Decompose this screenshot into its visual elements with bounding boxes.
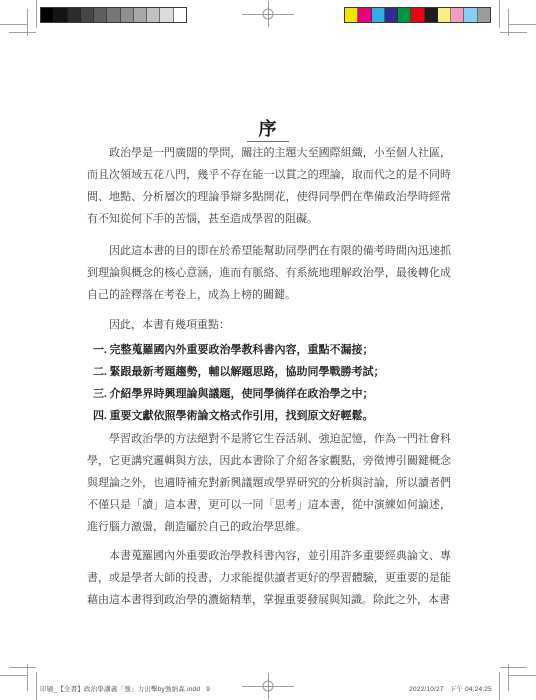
- crop-mark-line: [9, 32, 36, 33]
- key-point-item: 三. 介紹學界時興理論與議題，使同學徜徉在政治學之中；: [87, 383, 451, 405]
- key-points-intro: 因此，本書有幾項重點：: [87, 315, 451, 337]
- key-points-section: 因此，本書有幾項重點： 一. 完整蒐羅國內外重要政治學教科書內容，重點不漏接； …: [87, 315, 451, 427]
- title-underline: [247, 141, 289, 142]
- crop-mark-line: [499, 672, 500, 700]
- crop-mark-line: [36, 0, 37, 28]
- key-points-list: 一. 完整蒐羅國內外重要政治學教科書內容，重點不漏接； 二. 緊跟最新考題趨勢，…: [87, 339, 451, 427]
- footer-document-name: 印刷_【全書】政治學講義「強」力出擊by強納森.indd 9: [40, 684, 210, 693]
- grayscale-calibration-bar: [40, 7, 187, 23]
- calibration-swatch: [147, 8, 160, 22]
- crop-mark-line: [500, 667, 527, 668]
- calibration-swatch: [345, 8, 358, 22]
- calibration-swatch: [438, 8, 451, 22]
- calibration-swatch: [385, 8, 398, 22]
- registration-crosshair-icon: [242, 673, 294, 699]
- calibration-swatch: [411, 8, 424, 22]
- crop-mark-line: [27, 664, 28, 691]
- key-point-item: 二. 緊跟最新考題趨勢，輔以解題思路，協助同學戰勝考試；: [87, 361, 451, 383]
- calibration-swatch: [68, 8, 81, 22]
- color-calibration-bar: [344, 7, 491, 23]
- paragraph: 本書蒐羅國內外重要政治學教科書內容，並引用許多重要經典論文、專書，或是學者大師的…: [87, 546, 451, 612]
- crosshair-circle: [263, 681, 274, 692]
- registration-crosshair-icon: [242, 1, 294, 27]
- calibration-swatch: [160, 8, 173, 22]
- crop-mark-line: [36, 672, 37, 700]
- calibration-swatch: [134, 8, 147, 22]
- calibration-swatch: [121, 8, 134, 22]
- calibration-swatch: [425, 8, 438, 22]
- key-point-item: 四. 重要文獻依照學術論文格式作引用，找到原文好輕鬆。: [87, 405, 451, 427]
- crosshair-circle: [263, 9, 274, 20]
- paragraph: 因此這本書的目的即在於希望能幫助同學們在有限的備考時間內迅速抓到理論與概念的核心…: [87, 241, 451, 307]
- calibration-swatch: [358, 8, 371, 22]
- calibration-swatch: [54, 8, 67, 22]
- crop-mark-line: [0, 24, 28, 25]
- printed-page: 序 政治學是一門廣闊的學問，關注的主題大至國際組織，小至個人社區，而且次領域五花…: [0, 0, 536, 700]
- calibration-swatch: [451, 8, 464, 22]
- crop-mark-line: [499, 0, 500, 28]
- calibration-swatch: [464, 8, 477, 22]
- calibration-swatch: [174, 8, 186, 22]
- footer-timestamp: 2022/10/27 下午 04:24:25: [409, 684, 492, 693]
- calibration-swatch: [398, 8, 411, 22]
- paragraph: 政治學是一門廣闊的學問，關注的主題大至國際組織，小至個人社區，而且次領域五花八門…: [87, 143, 451, 231]
- calibration-swatch: [94, 8, 107, 22]
- crop-mark-line: [0, 675, 28, 676]
- crop-mark-line: [500, 32, 527, 33]
- crop-mark-line: [508, 675, 536, 676]
- calibration-swatch: [107, 8, 120, 22]
- calibration-swatch: [41, 8, 54, 22]
- calibration-swatch: [81, 8, 94, 22]
- crop-mark-line: [9, 667, 36, 668]
- page-title: 序: [0, 115, 536, 141]
- key-point-item: 一. 完整蒐羅國內外重要政治學教科書內容，重點不漏接；: [87, 339, 451, 361]
- calibration-swatch: [478, 8, 490, 22]
- crop-mark-line: [508, 664, 509, 691]
- calibration-swatch: [372, 8, 385, 22]
- paragraph: 學習政治學的方法絕對不是將它生吞活剝、強迫記憶，作為一門社會科學，它更講究邏輯與…: [87, 429, 451, 539]
- crop-mark-line: [508, 24, 536, 25]
